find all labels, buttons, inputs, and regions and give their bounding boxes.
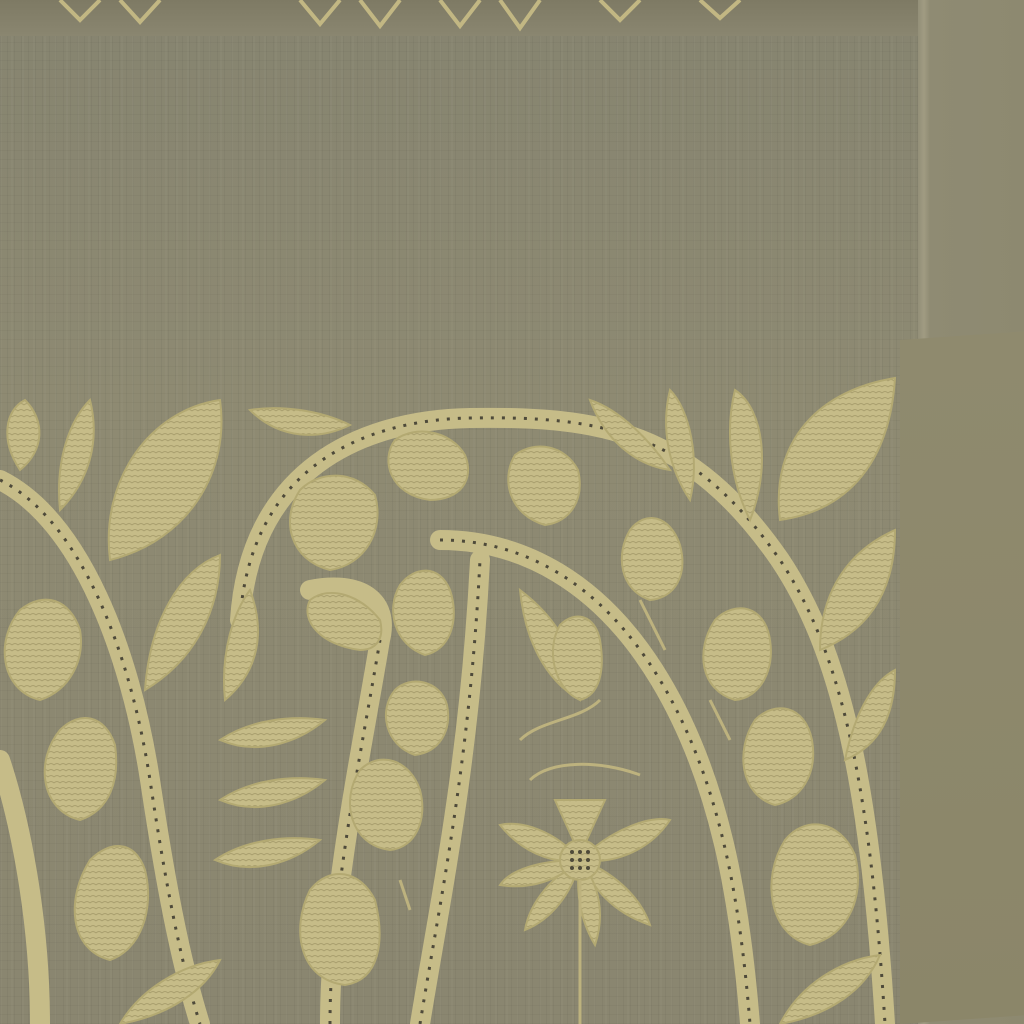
daisy-flower <box>500 800 670 945</box>
zigzag-stitches <box>60 0 740 28</box>
flower-center-eyelets <box>570 850 590 870</box>
embroidered-textile-photo <box>0 0 1024 1024</box>
embroidery-motifs <box>0 0 1024 1024</box>
